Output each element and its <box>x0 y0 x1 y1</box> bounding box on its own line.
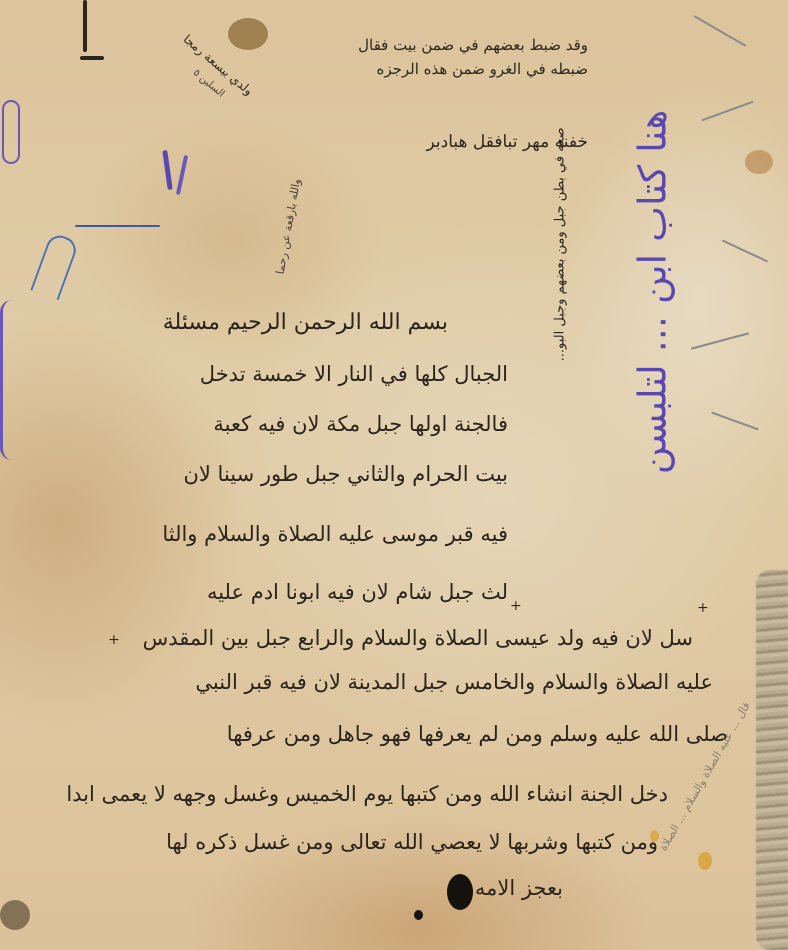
ink-blot <box>447 874 473 910</box>
header-line-1: وقد ضبط بعضهم في ضمن بيت فقال <box>358 36 588 54</box>
purple-scribble <box>162 150 173 190</box>
ink-fragment <box>83 0 87 52</box>
textile-fringe <box>756 570 788 950</box>
body-line-9: دخل الجنة انشاء الله ومن كتبها يوم الخمي… <box>66 782 668 806</box>
cross-mark: + <box>697 600 709 616</box>
header-line-2: ضبطه في الغرو ضمن هذه الرجزه <box>376 60 588 78</box>
cross-mark: + <box>108 632 120 648</box>
purple-scribble <box>2 100 20 164</box>
brown-stain <box>228 18 268 50</box>
basmala-heading: بسم الله الرحمن الرحيم مسئلة <box>163 310 448 335</box>
body-line-6: سل لان فيه ولد عيسى الصلاة والسلام والرا… <box>143 626 693 650</box>
purple-scribble <box>0 300 27 460</box>
orange-stain <box>698 852 712 870</box>
brown-stain <box>745 150 773 174</box>
body-line-7: عليه الصلاة والسلام والخامس جبل المدينة … <box>195 670 713 694</box>
ink-fragment <box>80 56 104 60</box>
blue-line <box>75 225 160 227</box>
body-line-3: بيت الحرام والثاني جبل طور سينا لان <box>183 462 508 486</box>
body-line-2: فالجنة اولها جبل مكة لان فيه كعبة <box>213 412 508 436</box>
vertical-note-left: والله بارقعة عن رحما <box>274 178 304 275</box>
pencil-mark <box>711 412 759 431</box>
ink-dot <box>414 910 423 920</box>
purple-annotation-right: هنا كتاب ابن ... لتلبسن <box>630 110 674 475</box>
body-line-1: الجبال كلها في النار الا خمسة تدخل <box>200 362 508 386</box>
purple-scribble <box>176 155 188 195</box>
dark-smudge <box>0 900 30 930</box>
blue-curve <box>30 232 79 301</box>
manuscript-page: وقد ضبط بعضهم في ضمن بيت فقال ضبطه في ال… <box>0 0 788 950</box>
body-line-11: بعجز الامه <box>475 876 563 900</box>
pencil-mark <box>694 15 747 47</box>
body-line-10: ومن كتبها وشربها لا يعصي الله تعالى ومن … <box>166 830 658 854</box>
cross-mark: + <box>510 598 522 614</box>
pencil-mark <box>722 240 768 263</box>
body-line-5: لث جبل شام لان فيه ابونا ادم عليه <box>207 580 508 604</box>
pencil-mark <box>691 332 749 349</box>
body-line-8: صلى الله عليه وسلم ومن لم يعرفها فهو جاه… <box>227 722 728 746</box>
body-line-4: فيه قبر موسى عليه الصلاة والسلام والثا <box>162 522 508 546</box>
pencil-mark <box>701 101 753 122</box>
vertical-note-right: صعه في بطن جبل ومن بعضهم وجبل البو... <box>553 128 568 568</box>
